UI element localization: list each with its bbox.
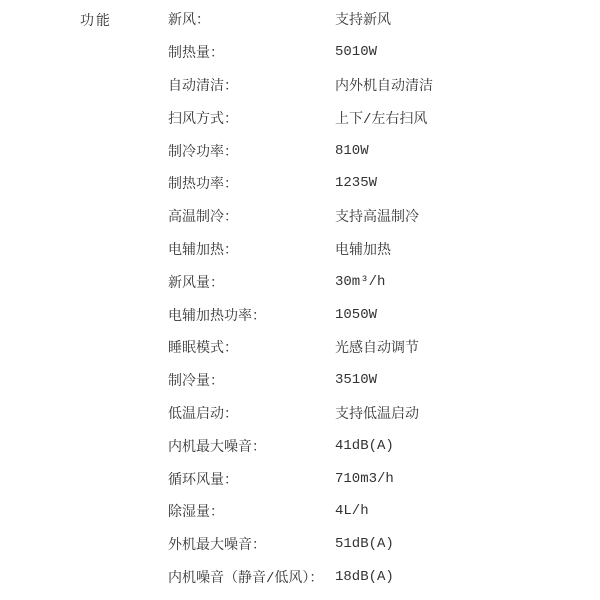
spec-label: 低温启动：: [168, 403, 335, 423]
spec-row: 除湿量： 4L/h: [168, 495, 600, 528]
spec-value: 3510W: [335, 372, 600, 388]
spec-label: 制热量：: [168, 42, 335, 62]
spec-rows-list: 新风： 支持新风 制热量： 5010W 自动清洁： 内外机自动清洁 扫风方式： …: [168, 3, 600, 593]
spec-label: 循环风量：: [168, 469, 335, 489]
spec-label: 外机最大噪音：: [168, 534, 335, 554]
spec-row: 睡眠模式： 光感自动调节: [168, 331, 600, 364]
spec-value: 电辅加热: [335, 239, 600, 259]
spec-label: 除湿量：: [168, 501, 335, 521]
spec-label: 新风：: [168, 9, 335, 29]
spec-value: 上下/左右扫风: [335, 108, 600, 128]
spec-label: 新风量：: [168, 272, 335, 292]
spec-label: 睡眠模式：: [168, 337, 335, 357]
spec-value: 41dB(A): [335, 438, 600, 454]
spec-row: 新风： 支持新风: [168, 3, 600, 36]
spec-row: 制冷功率： 810W: [168, 134, 600, 167]
spec-value: 51dB(A): [335, 536, 600, 552]
spec-label: 自动清洁：: [168, 75, 335, 95]
spec-row: 内机噪音（静音/低风）： 18dB(A): [168, 561, 600, 594]
spec-value: 18dB(A): [335, 569, 600, 585]
spec-label: 制冷量：: [168, 370, 335, 390]
spec-value: 1235W: [335, 175, 600, 191]
spec-row: 高温制冷： 支持高温制冷: [168, 200, 600, 233]
spec-label: 电辅加热：: [168, 239, 335, 259]
spec-label: 制热功率：: [168, 173, 335, 193]
product-spec-page: 功能 新风： 支持新风 制热量： 5010W 自动清洁： 内外机自动清洁 扫风方…: [0, 0, 600, 600]
spec-row: 外机最大噪音： 51dB(A): [168, 528, 600, 561]
spec-row: 低温启动： 支持低温启动: [168, 397, 600, 430]
spec-row: 内机最大噪音： 41dB(A): [168, 429, 600, 462]
spec-value: 5010W: [335, 44, 600, 60]
spec-value: 30m³/h: [335, 274, 600, 290]
spec-value: 810W: [335, 143, 600, 159]
spec-label: 内机噪音（静音/低风）：: [168, 567, 335, 587]
spec-value: 710m3/h: [335, 471, 600, 487]
spec-label: 制冷功率：: [168, 141, 335, 161]
spec-row: 电辅加热功率： 1050W: [168, 298, 600, 331]
spec-value: 内外机自动清洁: [335, 75, 600, 95]
spec-value: 支持高温制冷: [335, 206, 600, 226]
spec-category-label: 功能: [80, 3, 112, 36]
spec-row: 制热量： 5010W: [168, 36, 600, 69]
spec-row: 循环风量： 710m3/h: [168, 462, 600, 495]
spec-label: 电辅加热功率：: [168, 305, 335, 325]
spec-label: 扫风方式：: [168, 108, 335, 128]
spec-value: 4L/h: [335, 503, 600, 519]
spec-row: 制冷量： 3510W: [168, 364, 600, 397]
spec-value: 支持新风: [335, 9, 600, 29]
spec-row: 新风量： 30m³/h: [168, 265, 600, 298]
spec-label: 高温制冷：: [168, 206, 335, 226]
spec-row: 自动清洁： 内外机自动清洁: [168, 69, 600, 102]
spec-row: 扫风方式： 上下/左右扫风: [168, 101, 600, 134]
spec-value: 支持低温启动: [335, 403, 600, 423]
spec-label: 内机最大噪音：: [168, 436, 335, 456]
spec-row: 制热功率： 1235W: [168, 167, 600, 200]
spec-value: 光感自动调节: [335, 337, 600, 357]
spec-row: 电辅加热： 电辅加热: [168, 233, 600, 266]
spec-value: 1050W: [335, 307, 600, 323]
